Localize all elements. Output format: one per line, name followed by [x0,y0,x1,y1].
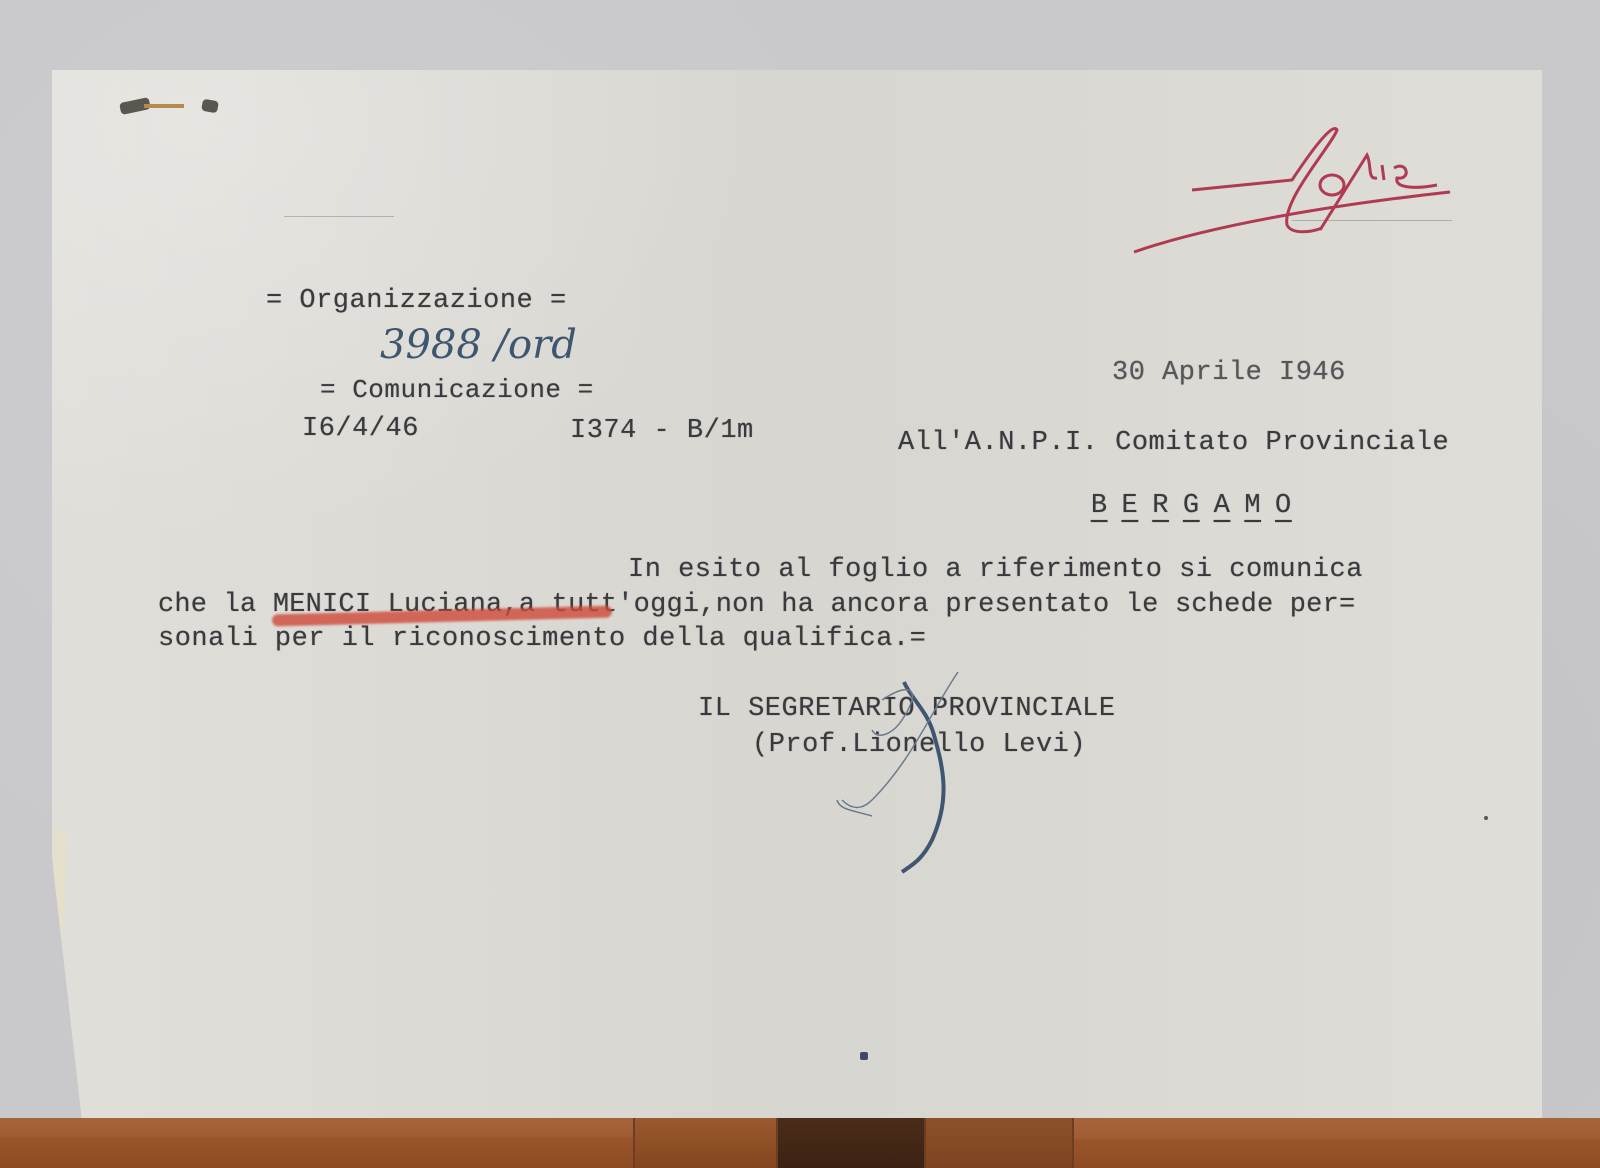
letter-date: 30 Aprile I946 [1112,360,1346,387]
faint-typed-line [284,216,394,217]
shelf-segment [926,1118,1072,1168]
reference-number: I374 - B/1m [570,418,754,445]
shelf-segment [1074,1118,1600,1168]
copia-annotation: Copia [1132,110,1472,260]
shelf-segment [778,1118,924,1168]
shelf-segment [0,1118,633,1168]
shelf-segment [635,1118,776,1168]
rust-stain [144,104,184,108]
section-organizzazione: = Organizzazione = [266,288,567,315]
section-comunicazione: = Comunicazione = [320,377,594,403]
letter-paper: Copia = Organizzazione = 3988 /ord = Com… [52,70,1542,1120]
wooden-shelf [0,1118,1600,1168]
handwritten-signature [832,660,1032,880]
punch-hole [201,99,219,114]
reference-date: I6/4/46 [302,416,419,443]
body-line-1: In esito al foglio a riferimento si comu… [628,557,1363,584]
ink-mark [860,1052,868,1060]
handwritten-protocol-number: 3988 /ord [380,322,577,368]
recipient-line: All'A.N.P.I. Comitato Provinciale [898,430,1449,457]
body-line-3: sonali per il riconoscimento della quali… [158,626,926,653]
ink-dot [1484,816,1488,820]
paper-torn-edge [40,830,67,1120]
recipient-city: BERGAMO [1024,466,1306,547]
